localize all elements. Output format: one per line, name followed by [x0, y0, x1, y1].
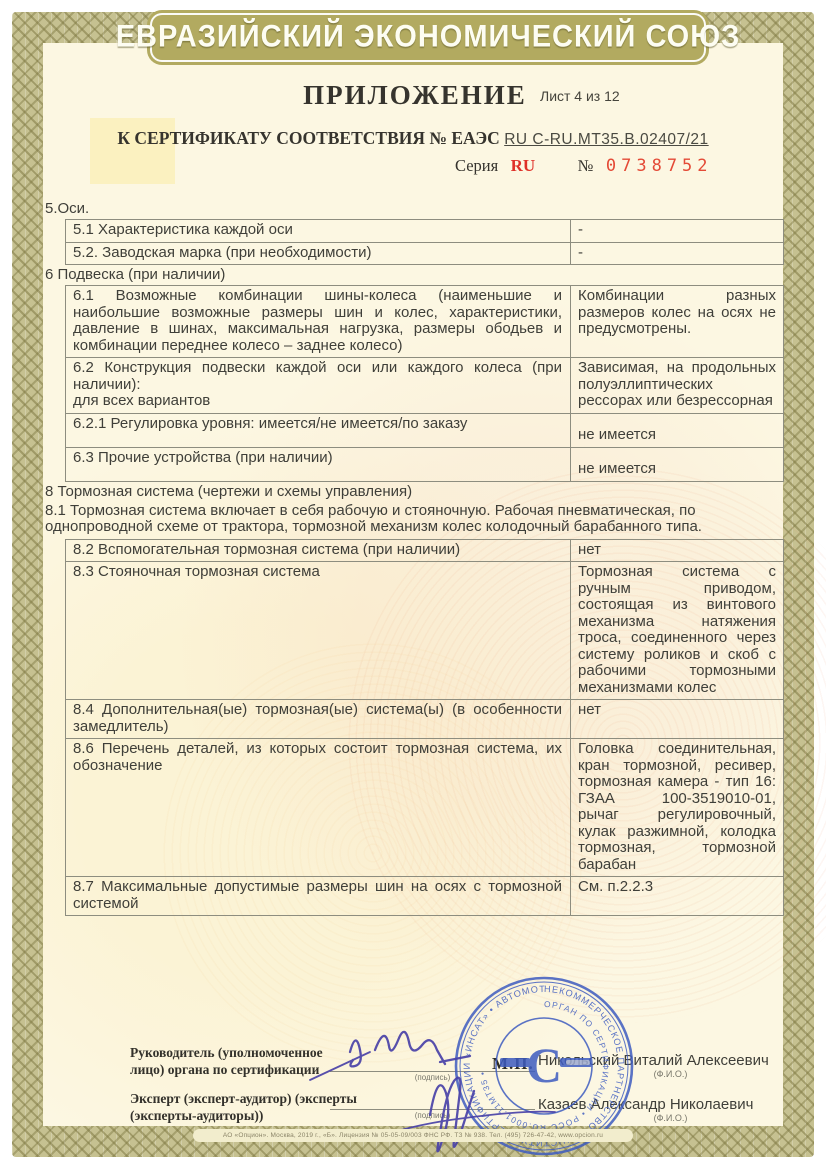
series-value: RU: [511, 156, 536, 175]
row-label: 5.1 Характеристика каждой оси: [66, 220, 571, 242]
row-value: См. п.2.2.3: [571, 877, 783, 915]
table-row: 6.3 Прочие устройства (при наличии) не и…: [66, 447, 783, 481]
table-row: 8.3 Стояночная тормозная система Тормозн…: [66, 561, 783, 699]
stamp-logo: С: [500, 1037, 592, 1093]
row-label: 8.7 Максимальные допустимые размеры шин …: [66, 877, 571, 915]
row-value: не имеется: [571, 414, 783, 447]
series-line: Серия RU № 0738752: [455, 156, 713, 176]
page-title: ПРИЛОЖЕНИЕ: [300, 80, 530, 111]
certificate-label: К СЕРТИФИКАТУ СООТВЕТСТВИЯ № ЕАЭС: [117, 128, 499, 148]
signatory-role-head: Руководитель (уполномоченное лицо) орган…: [130, 1044, 345, 1078]
number-sign: №: [578, 156, 594, 175]
row-value: Тормозная система с ручным приводом, сос…: [571, 562, 783, 699]
section-8-heading: 8 Тормозная система (чертежи и схемы упр…: [0, 482, 826, 502]
certificate-line: К СЕРТИФИКАТУ СООТВЕТСТВИЯ № ЕАЭС RU C-R…: [0, 128, 826, 149]
row-value: -: [571, 220, 783, 242]
stamp-center-glyph: С: [526, 1037, 562, 1093]
series-label: Серия: [455, 156, 498, 175]
section-5-heading: 5.Оси.: [0, 199, 826, 219]
table-row: 5.2. Заводская марка (при необходимости)…: [66, 242, 783, 265]
table-row: 8.7 Максимальные допустимые размеры шин …: [66, 876, 783, 915]
sheet-counter: Лист 4 из 12: [540, 88, 620, 104]
row-label: 8.3 Стояночная тормозная система: [66, 562, 571, 699]
row-label: 5.2. Заводская марка (при необходимости): [66, 243, 571, 265]
section-8-paragraph: 8.1 Тормозная система включает в себя ра…: [0, 502, 826, 539]
table-row: 6.2 Конструкция подвески каждой оси или …: [66, 357, 783, 413]
suspension-table: 6.1 Возможные комбинации шины-колеса (на…: [65, 285, 784, 482]
table-row: 5.1 Характеристика каждой оси -: [66, 220, 783, 242]
document-body: 5.Оси. 5.1 Характеристика каждой оси - 5…: [0, 199, 826, 916]
row-value: Комбинации разных размеров колес на осях…: [571, 286, 783, 357]
table-row: 8.4 Дополнительная(ые) тормозная(ые) сис…: [66, 699, 783, 738]
row-value: не имеется: [571, 448, 783, 481]
row-value: Головка соединительная, кран тормозной, …: [571, 739, 783, 876]
row-label: 6.2.1 Регулировка уровня: имеется/не име…: [66, 414, 571, 447]
section-6-heading: 6 Подвеска (при наличии): [0, 265, 826, 285]
row-value: Зависимая, на продольных полуэллиптическ…: [571, 358, 783, 413]
row-label: 8.4 Дополнительная(ые) тормозная(ые) сис…: [66, 700, 571, 738]
row-value: нет: [571, 700, 783, 738]
row-value-text: не имеется: [578, 461, 656, 478]
table-row: 6.1 Возможные комбинации шины-колеса (на…: [66, 286, 783, 357]
row-label: 8.6 Перечень деталей, из которых состоит…: [66, 739, 571, 876]
printer-imprint: АО «Опцион». Москва, 2019 г., «Б». Лицен…: [193, 1129, 633, 1142]
row-value-text: не имеется: [578, 427, 656, 444]
row-label: 6.2 Конструкция подвески каждой оси или …: [66, 358, 571, 413]
printer-imprint-text: АО «Опцион». Москва, 2019 г., «Б». Лицен…: [223, 1132, 603, 1139]
certificate-page: ЕВРАЗИЙСКИЙ ЭКОНОМИЧЕСКИЙ СОЮЗ ПРИЛОЖЕНИ…: [0, 0, 826, 1169]
row-label: 6.1 Возможные комбинации шины-колеса (на…: [66, 286, 571, 357]
table-row: 8.2 Вспомогательная тормозная система (п…: [66, 540, 783, 562]
certificate-number: RU C-RU.MT35.B.02407/21: [504, 131, 708, 148]
table-row: 8.6 Перечень деталей, из которых состоит…: [66, 738, 783, 876]
eaeu-banner: ЕВРАЗИЙСКИЙ ЭКОНОМИЧЕСКИЙ СОЮЗ: [150, 13, 706, 62]
brakes-table: 8.2 Вспомогательная тормозная система (п…: [65, 539, 784, 917]
eaeu-banner-title: ЕВРАЗИЙСКИЙ ЭКОНОМИЧЕСКИЙ СОЮЗ: [116, 20, 741, 56]
row-value: нет: [571, 540, 783, 562]
row-label: 8.2 Вспомогательная тормозная система (п…: [66, 540, 571, 562]
blank-number: 0738752: [606, 156, 713, 176]
axles-table: 5.1 Характеристика каждой оси - 5.2. Зав…: [65, 219, 784, 265]
table-row: 6.2.1 Регулировка уровня: имеется/не име…: [66, 413, 783, 447]
row-label: 6.3 Прочие устройства (при наличии): [66, 448, 571, 481]
row-value: -: [571, 243, 783, 265]
